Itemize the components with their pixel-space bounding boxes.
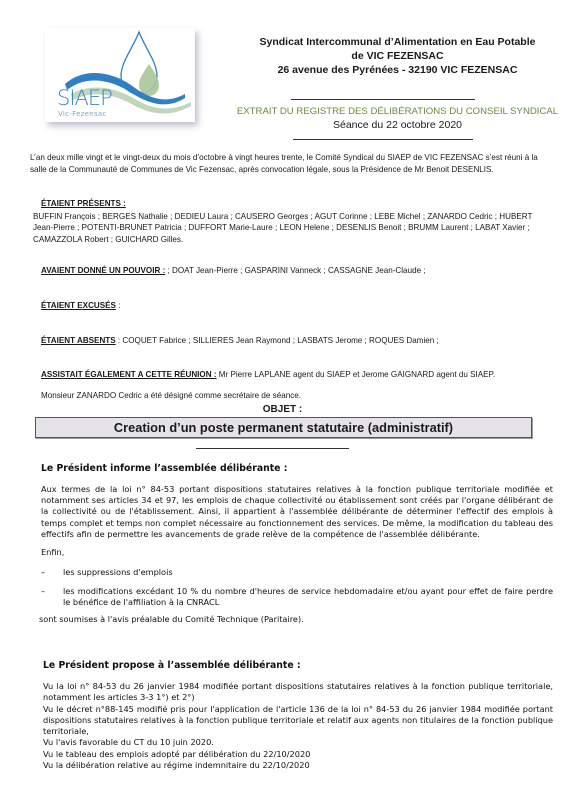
siaep-logo: SIAEP Vic-Fezensac [45,28,195,122]
logo-name: SIAEP [57,86,112,110]
register-header: EXTRAIT DU REGISTRE DES DÉLIBÉRATIONS DU… [230,105,565,132]
informe-paragraph: Aux termes de la loi n° 84-53 portant di… [41,484,553,540]
enfin-text: Enfin, [41,547,553,559]
extrait-title: EXTRAIT DU REGISTRE DES DÉLIBÉRATIONS DU… [230,105,565,118]
dash-bullet-icon: – [41,586,63,608]
presents-list: BUFFIN François ; BERGES Nathalie ; DEDI… [33,211,551,246]
excuses-list: : [116,301,121,310]
dash-bullet-icon: – [41,567,63,578]
bullet-text: les suppressions d'emplois [63,567,173,578]
seance-date: Séance du 22 octobre 2020 [230,118,565,132]
assistait-label: ASSISTAIT ÉGALEMENT A CETTE RÉUNION : [41,370,217,379]
logo-subtitle: Vic-Fezensac [58,110,107,118]
absents-list: : COQUET Fabrice ; SILLIERES Jean Raymon… [116,336,439,345]
pouvoir-section: AVAIENT DONNÉ UN POUVOIR : ; DOAT Jean-P… [41,265,551,277]
vu-item: Vu le décret n°88-145 modifié pris pour … [43,704,553,738]
pouvoir-label: AVAIENT DONNÉ UN POUVOIR : [41,266,165,275]
propose-heading: Le Président propose à l’assemblée délib… [43,660,553,671]
org-address: 26 avenue des Pyrénées - 32190 VIC FEZEN… [230,63,565,77]
vu-item: Vu la loi n° 84-53 du 26 janvier 1984 mo… [43,681,553,704]
excuses-section: ÉTAIENT EXCUSÉS : [41,300,551,312]
conclusion-text: sont soumises à l'avis préalable du Comi… [39,614,553,626]
bullet-item: – les modifications excédant 10 % du nom… [41,586,553,608]
presents-label: ÉTAIENT PRÉSENTS : [41,198,551,210]
pouvoir-list: ; DOAT Jean-Pierre ; GASPARINI Vanneck ;… [165,266,425,275]
org-name-line1: Syndicat Intercommunal d’Alimentation en… [230,35,565,49]
objet-divider [196,448,349,449]
vu-item: Vu l'avis favorable du CT du 10 juin 202… [43,737,553,748]
bullet-item: – les suppressions d'emplois [41,567,553,578]
assistait-text: Mr Pierre LAPLANE agent du SIAEP et Jero… [217,370,496,379]
vu-item: Vu la délibération relative au régime in… [43,760,553,771]
header-divider-bottom [293,139,473,140]
excuses-label: ÉTAIENT EXCUSÉS [41,301,116,310]
absents-label: ÉTAIENT ABSENTS [41,336,116,345]
vu-list: Vu la loi n° 84-53 du 26 janvier 1984 mo… [43,681,553,771]
vu-item: Vu le tableau des emplois adopté par dél… [43,749,553,760]
propose-section: Le Président propose à l’assemblée délib… [43,660,553,771]
absents-section: ÉTAIENT ABSENTS : COQUET Fabrice ; SILLI… [41,335,551,347]
assistait-section: ASSISTAIT ÉGALEMENT A CETTE RÉUNION : Mr… [41,369,556,381]
intro-paragraph: L’an deux mille vingt et le vingt-deux d… [30,152,550,175]
bullet-text: les modifications excédant 10 % du nombr… [63,586,553,608]
document-header: Syndicat Intercommunal d’Alimentation en… [230,35,565,77]
informe-section: Le Président informe l’assemblée délibér… [41,463,553,626]
informe-heading: Le Président informe l’assemblée délibér… [41,463,553,474]
objet-title-box: Creation d’un poste permanent statutaire… [35,417,532,438]
presents-section: ÉTAIENT PRÉSENTS : BUFFIN François ; BER… [41,198,551,245]
header-divider-top [291,99,475,100]
objet-label: OBJET : [0,404,565,415]
secretaire-text: Monsieur ZANARDO Cedric a été désigné co… [41,390,551,402]
org-name-line2: de VIC FEZENSAC [230,49,565,63]
